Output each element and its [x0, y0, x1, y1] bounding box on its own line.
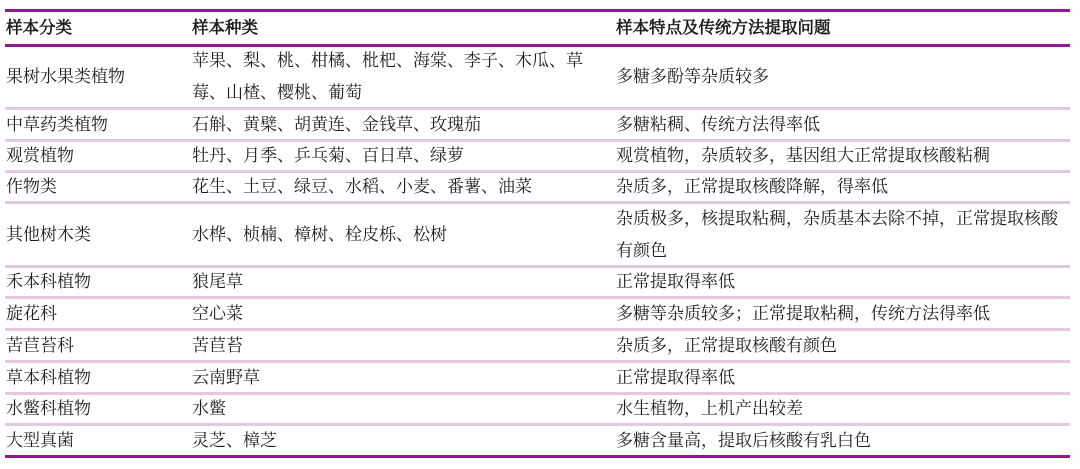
table-row: 作物类花生、土豆、绿豆、水稻、小麦、番薯、油菜杂质多，正常提取核酸降解，得率低: [5, 173, 1070, 201]
header-category: 样本分类: [5, 12, 192, 44]
row-issues: 杂质多，正常提取核酸有颜色: [616, 330, 1070, 362]
table-row: 大型真菌灵芝、樟芝多糖含量高，提取后核酸有乳白色: [5, 426, 1070, 455]
table-body: 果树水果类植物苹果、梨、桃、柑橘、枇杷、海棠、李子、木瓜、草莓、山楂、樱桃、葡萄…: [5, 47, 1070, 455]
row-issues: 正常提取得率低: [616, 266, 1070, 298]
table-row: 观赏植物牡丹、月季、乒乓菊、百日草、绿萝观赏植物，杂质较多，基因组大正常提取核酸…: [5, 142, 1070, 170]
row-species: 苹果、梨、桃、柑橘、枇杷、海棠、李子、木瓜、草莓、山楂、樱桃、葡萄: [192, 45, 616, 109]
row-species: 水桦、桢楠、樟树、栓皮栎、松树: [192, 219, 616, 251]
row-species: 花生、土豆、绿豆、水稻、小麦、番薯、油菜: [192, 171, 616, 203]
row-category: 作物类: [5, 171, 192, 203]
row-category: 中草药类植物: [5, 109, 192, 141]
row-category: 旋花科: [5, 298, 192, 330]
row-issues: 水生植物，上机产出较差: [616, 393, 1070, 425]
row-category: 草本科植物: [5, 362, 192, 394]
row-species: 云南野草: [192, 362, 616, 394]
header-issues: 样本特点及传统方法提取问题: [616, 12, 1070, 44]
row-species: 狼尾草: [192, 266, 616, 298]
table-row: 草本科植物云南野草正常提取得率低: [5, 363, 1070, 392]
table-row: 旋花科空心菜多糖等杂质较多；正常提取粘稠，传统方法得率低: [5, 299, 1070, 328]
row-category: 苦苣苔科: [5, 330, 192, 362]
row-species: 牡丹、月季、乒乓菊、百日草、绿萝: [192, 140, 616, 172]
row-category: 观赏植物: [5, 140, 192, 172]
table-row: 果树水果类植物苹果、梨、桃、柑橘、枇杷、海棠、李子、木瓜、草莓、山楂、樱桃、葡萄…: [5, 47, 1070, 107]
row-issues: 多糖粘稠、传统方法得率低: [616, 109, 1070, 141]
table-row: 其他树木类水桦、桢楠、樟树、栓皮栎、松树杂质极多，核提取粘稠，杂质基本去除不掉，…: [5, 204, 1070, 265]
row-species: 灵芝、樟芝: [192, 425, 616, 457]
row-species: 苦苣苔: [192, 330, 616, 362]
row-issues: 多糖等杂质较多；正常提取粘稠，传统方法得率低: [616, 298, 1070, 330]
row-issues: 杂质极多，核提取粘稠，杂质基本去除不掉，正常提取核酸有颜色: [616, 203, 1070, 267]
row-category: 果树水果类植物: [5, 61, 192, 93]
row-species: 石斛、黄檗、胡黄连、金钱草、玫瑰茄: [192, 109, 616, 141]
header-species: 样本种类: [192, 12, 616, 44]
row-category: 水鳖科植物: [5, 393, 192, 425]
row-issues: 杂质多，正常提取核酸降解，得率低: [616, 171, 1070, 203]
table-row: 水鳖科植物水鳖水生植物，上机产出较差: [5, 395, 1070, 423]
row-species: 水鳖: [192, 393, 616, 425]
row-category: 其他树木类: [5, 219, 192, 251]
table-header-row: 样本分类 样本种类 样本特点及传统方法提取问题: [5, 12, 1070, 44]
row-issues: 多糖多酚等杂质较多: [616, 61, 1070, 93]
row-issues: 正常提取得率低: [616, 362, 1070, 394]
row-issues: 多糖含量高，提取后核酸有乳白色: [616, 425, 1070, 457]
row-issues: 观赏植物，杂质较多，基因组大正常提取核酸粘稠: [616, 140, 1070, 172]
row-species: 空心菜: [192, 298, 616, 330]
table-row: 苦苣苔科苦苣苔杂质多，正常提取核酸有颜色: [5, 331, 1070, 360]
sample-table: 样本分类 样本种类 样本特点及传统方法提取问题 果树水果类植物苹果、梨、桃、柑橘…: [5, 9, 1070, 458]
row-category: 大型真菌: [5, 425, 192, 457]
table-row: 中草药类植物石斛、黄檗、胡黄连、金钱草、玫瑰茄多糖粘稠、传统方法得率低: [5, 110, 1070, 139]
table-row: 禾本科植物狼尾草正常提取得率低: [5, 268, 1070, 296]
row-category: 禾本科植物: [5, 266, 192, 298]
